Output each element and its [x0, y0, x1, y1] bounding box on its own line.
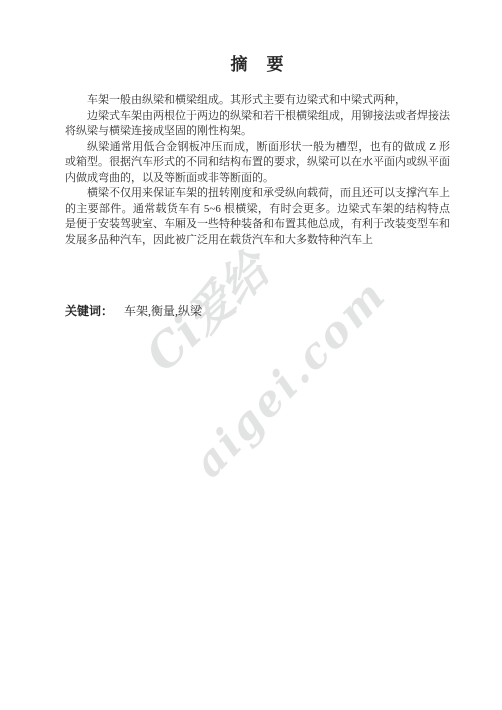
- keywords-value: 车架,衡量,纵梁: [124, 304, 202, 318]
- keywords-label: 关键词：: [65, 304, 113, 318]
- abstract-paragraph: 横梁不仅用来保证车架的扭转刚度和承受纵向载荷，而且还可以支撑汽车上的主要部件。通…: [65, 186, 450, 248]
- document-page: Ci爱给 aigei.com 摘 要 车架一般由纵梁和横梁组成。其形式主要有边梁…: [0, 0, 502, 710]
- abstract-paragraph: 车架一般由纵梁和横梁组成。其形式主要有边梁式和中梁式两种，: [65, 93, 450, 109]
- abstract-title: 摘 要: [65, 55, 450, 75]
- keywords-row: 关键词：车架,衡量,纵梁: [65, 303, 450, 319]
- abstract-content: 摘 要 车架一般由纵梁和横梁组成。其形式主要有边梁式和中梁式两种， 边梁式车架由…: [65, 55, 450, 319]
- abstract-paragraph: 边梁式车架由两根位于两边的纵梁和若干根横梁组成，用铆接法或者焊接法将纵梁与横梁连…: [65, 109, 450, 140]
- abstract-paragraph: 纵梁通常用低合金钢板冲压而成，断面形状一般为槽型，也有的做成 Z 形或箱型。很据…: [65, 140, 450, 187]
